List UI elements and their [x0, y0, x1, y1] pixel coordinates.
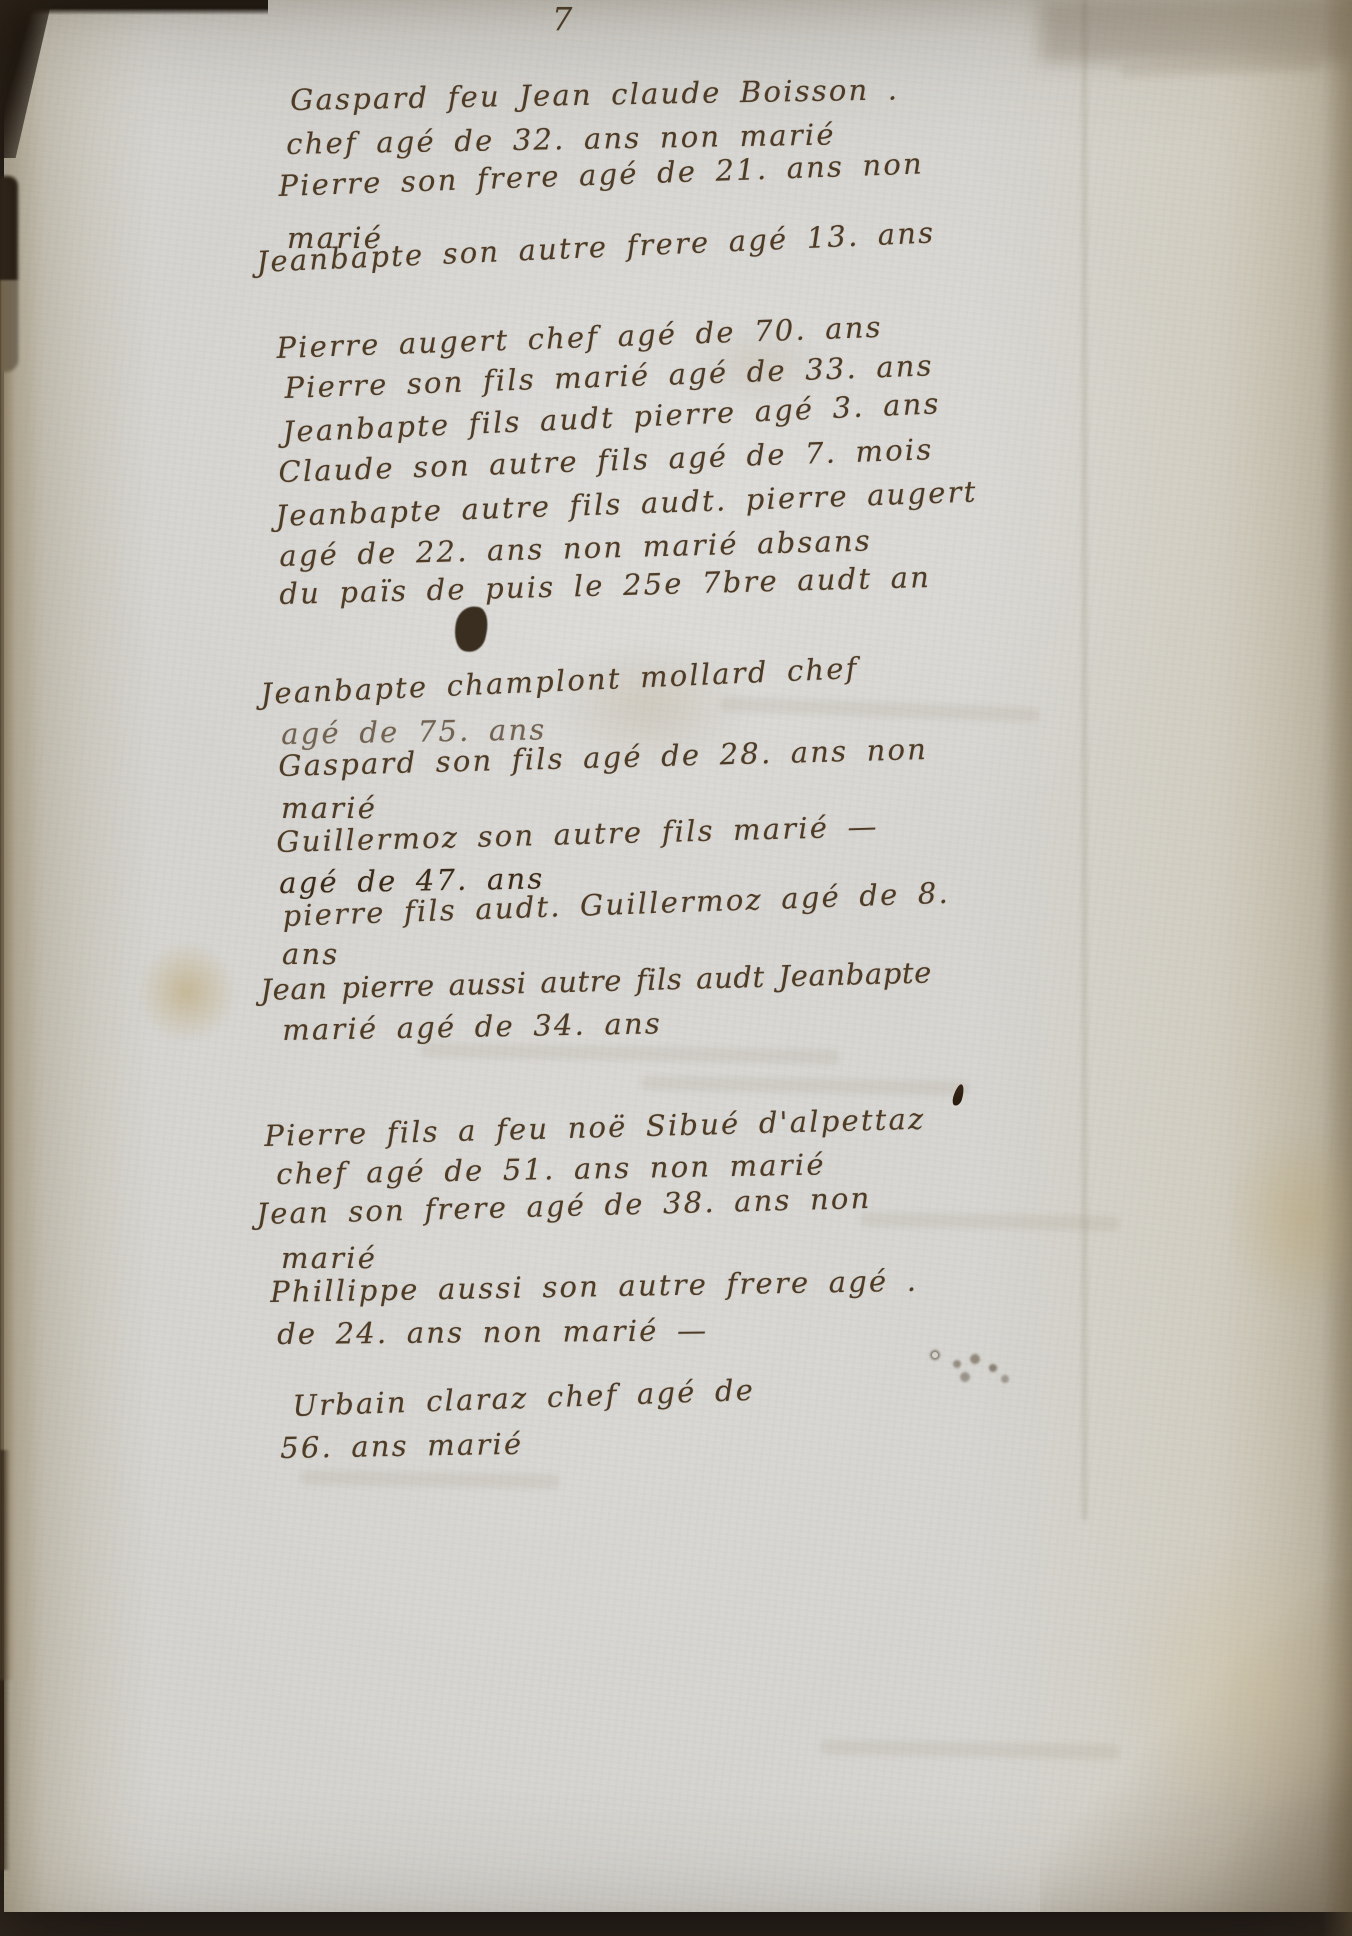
left-edge-shadow: [0, 1450, 10, 1870]
page-number: 7: [552, 0, 572, 38]
manuscript-line: 56. ans marié: [280, 1430, 524, 1463]
stain: [1232, 1128, 1352, 1310]
manuscript-line: marié: [281, 1244, 377, 1273]
manuscript-line: ans: [282, 940, 339, 969]
vertical-crease: [1082, 0, 1087, 1520]
stain: [1120, 1545, 1352, 1805]
manuscript-line: marié agé de 34. ans: [282, 1009, 662, 1045]
manuscript-line: marié: [281, 794, 377, 823]
ink-speckles: [932, 1352, 938, 1358]
stain: [138, 942, 236, 1042]
manuscript-line: de 24. ans non marié —: [277, 1316, 708, 1349]
